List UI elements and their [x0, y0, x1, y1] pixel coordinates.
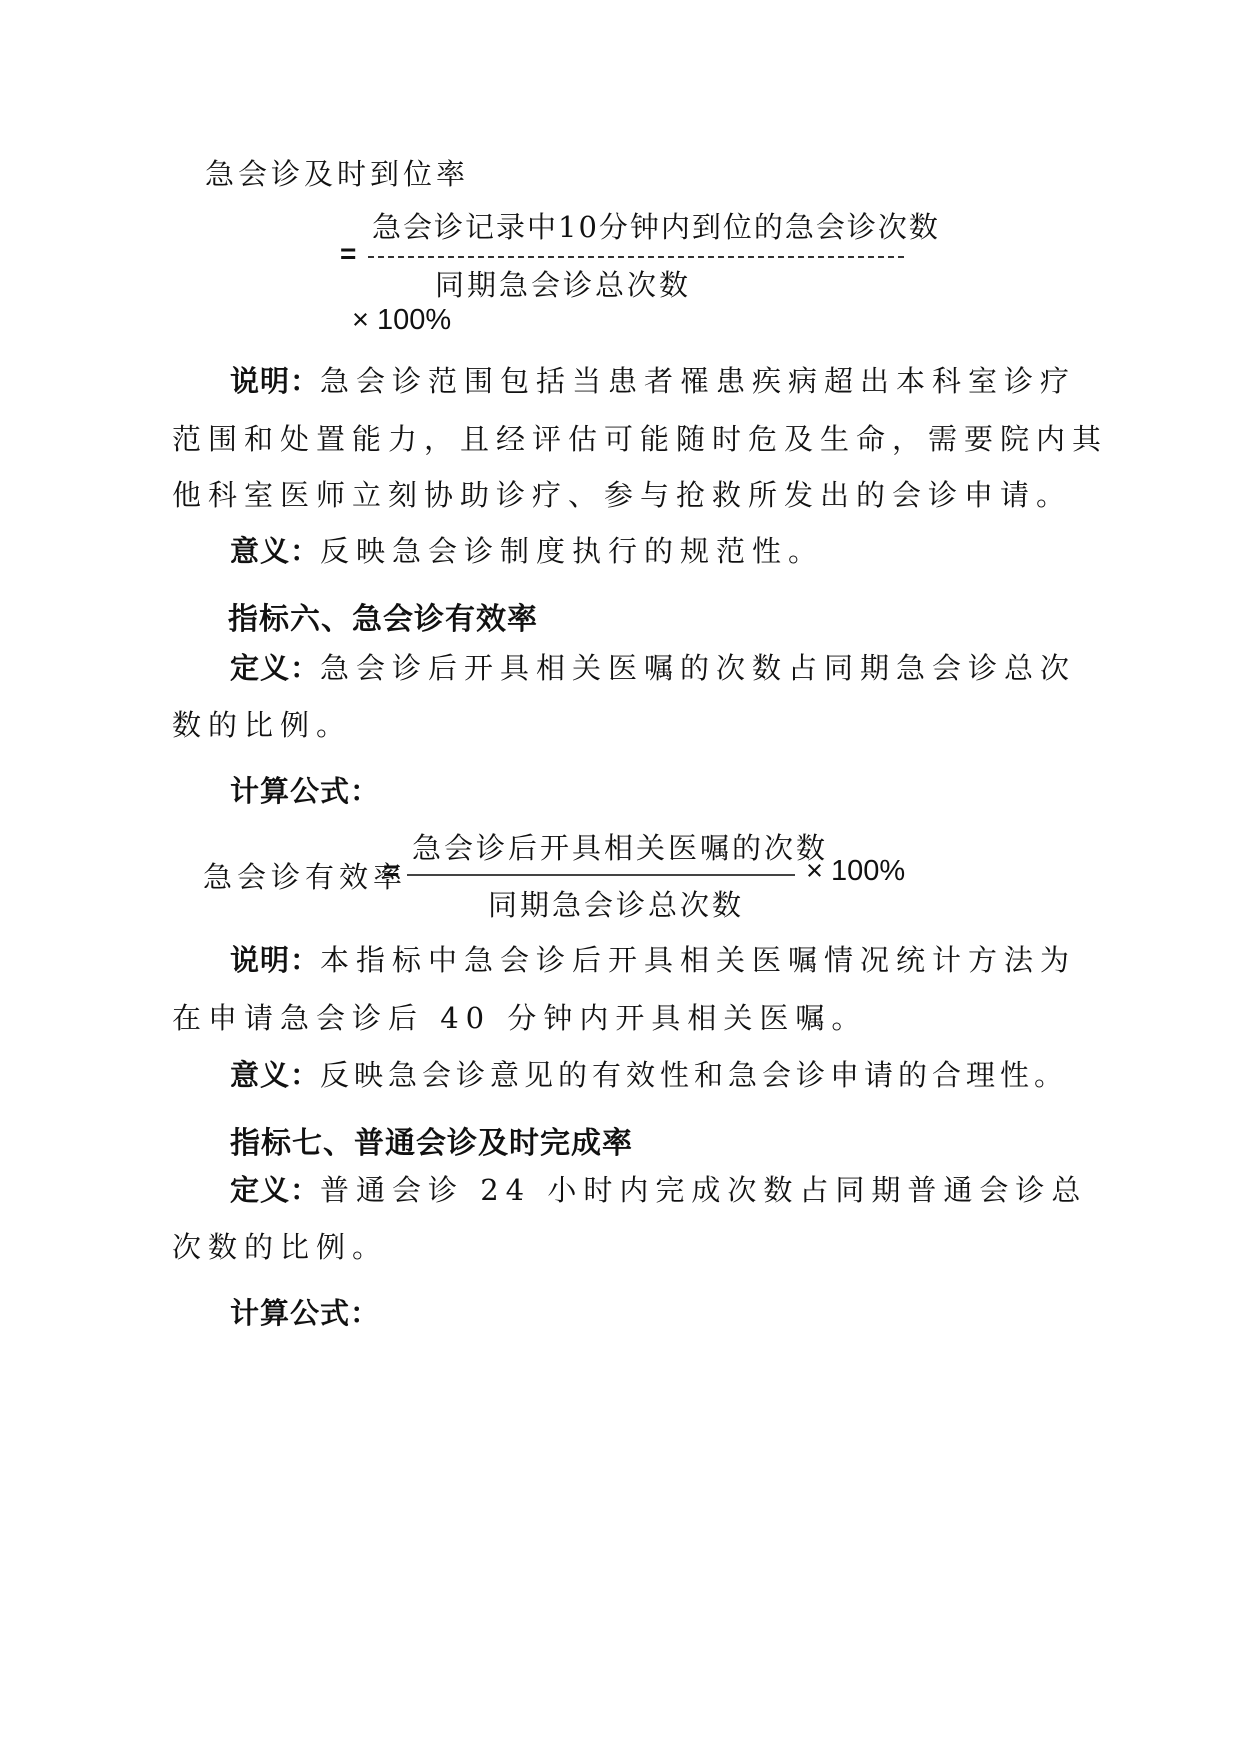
meaning-label: 意义：: [230, 534, 320, 568]
definition-label: 定义：: [230, 651, 320, 685]
indicator6-explanation: 说明：本指标中急会诊后开具相关医嘱情况统计方法为: [230, 946, 1076, 975]
formula2-fraction-bar: [407, 874, 795, 876]
meaning-text: 反映急会诊意见的有效性和急会诊申请的合理性。: [320, 1058, 1068, 1092]
formula2-label: 急会诊有效率: [203, 855, 407, 896]
formula1-label: 急会诊及时到位率: [205, 152, 469, 193]
explanation-line2: 范围和处置能力，且经评估可能随时危及生命，需要院内其: [172, 425, 1108, 454]
explanation-line1: 急会诊范围包括当患者罹患疾病超出本科室诊疗: [320, 364, 1076, 398]
indicator6-definition: 定义：急会诊后开具相关医嘱的次数占同期急会诊总次: [230, 654, 1076, 683]
explanation-line3: 他科室医师立刻协助诊疗、参与抢救所发出的会诊申请。: [172, 481, 1072, 510]
definition-line1: 急会诊后开具相关医嘱的次数占同期急会诊总次: [320, 651, 1076, 685]
definition-label: 定义：: [230, 1173, 320, 1207]
formula2-numerator: 急会诊后开具相关医嘱的次数: [412, 826, 828, 867]
explanation-label: 说明：: [230, 364, 320, 398]
formula1-equals: =: [340, 238, 356, 270]
indicator6-formula-heading: 计算公式：: [230, 769, 380, 810]
definition-line1: 普通会诊 24 小时内完成次数占同期普通会诊总: [320, 1173, 1087, 1207]
indicator6-meaning: 意义：反映急会诊意见的有效性和急会诊申请的合理性。: [230, 1061, 1068, 1090]
indicator6-definition-line2: 数的比例。: [172, 711, 352, 740]
meaning-text: 反映急会诊制度执行的规范性。: [320, 534, 824, 568]
explanation-line1: 本指标中急会诊后开具相关医嘱情况统计方法为: [320, 943, 1076, 977]
formula1-numerator: 急会诊记录中10分钟内到位的急会诊次数: [372, 205, 940, 246]
explanation-label: 说明：: [230, 943, 320, 977]
explanation-paragraph: 说明：急会诊范围包括当患者罹患疾病超出本科室诊疗: [230, 367, 1076, 396]
formula1-multiplier: × 100%: [352, 304, 451, 337]
formula1-denominator: 同期急会诊总次数: [435, 263, 691, 304]
indicator7-formula-heading: 计算公式：: [230, 1291, 380, 1332]
indicator6-explanation-line2: 在申请急会诊后 40 分钟内开具相关医嘱。: [172, 1004, 867, 1033]
meaning-label: 意义：: [230, 1058, 320, 1092]
indicator7-definition: 定义：普通会诊 24 小时内完成次数占同期普通会诊总: [230, 1176, 1087, 1205]
meaning-paragraph: 意义：反映急会诊制度执行的规范性。: [230, 537, 824, 566]
formula2-multiplier: × 100%: [806, 855, 905, 888]
formula2-denominator: 同期急会诊总次数: [488, 883, 744, 924]
indicator7-definition-line2: 次数的比例。: [172, 1233, 388, 1262]
indicator6-heading: 指标六、急会诊有效率: [228, 594, 538, 638]
formula2-equals: =: [383, 855, 399, 887]
indicator7-heading: 指标七、普通会诊及时完成率: [230, 1118, 633, 1162]
formula1-fraction-bar: [368, 256, 904, 258]
